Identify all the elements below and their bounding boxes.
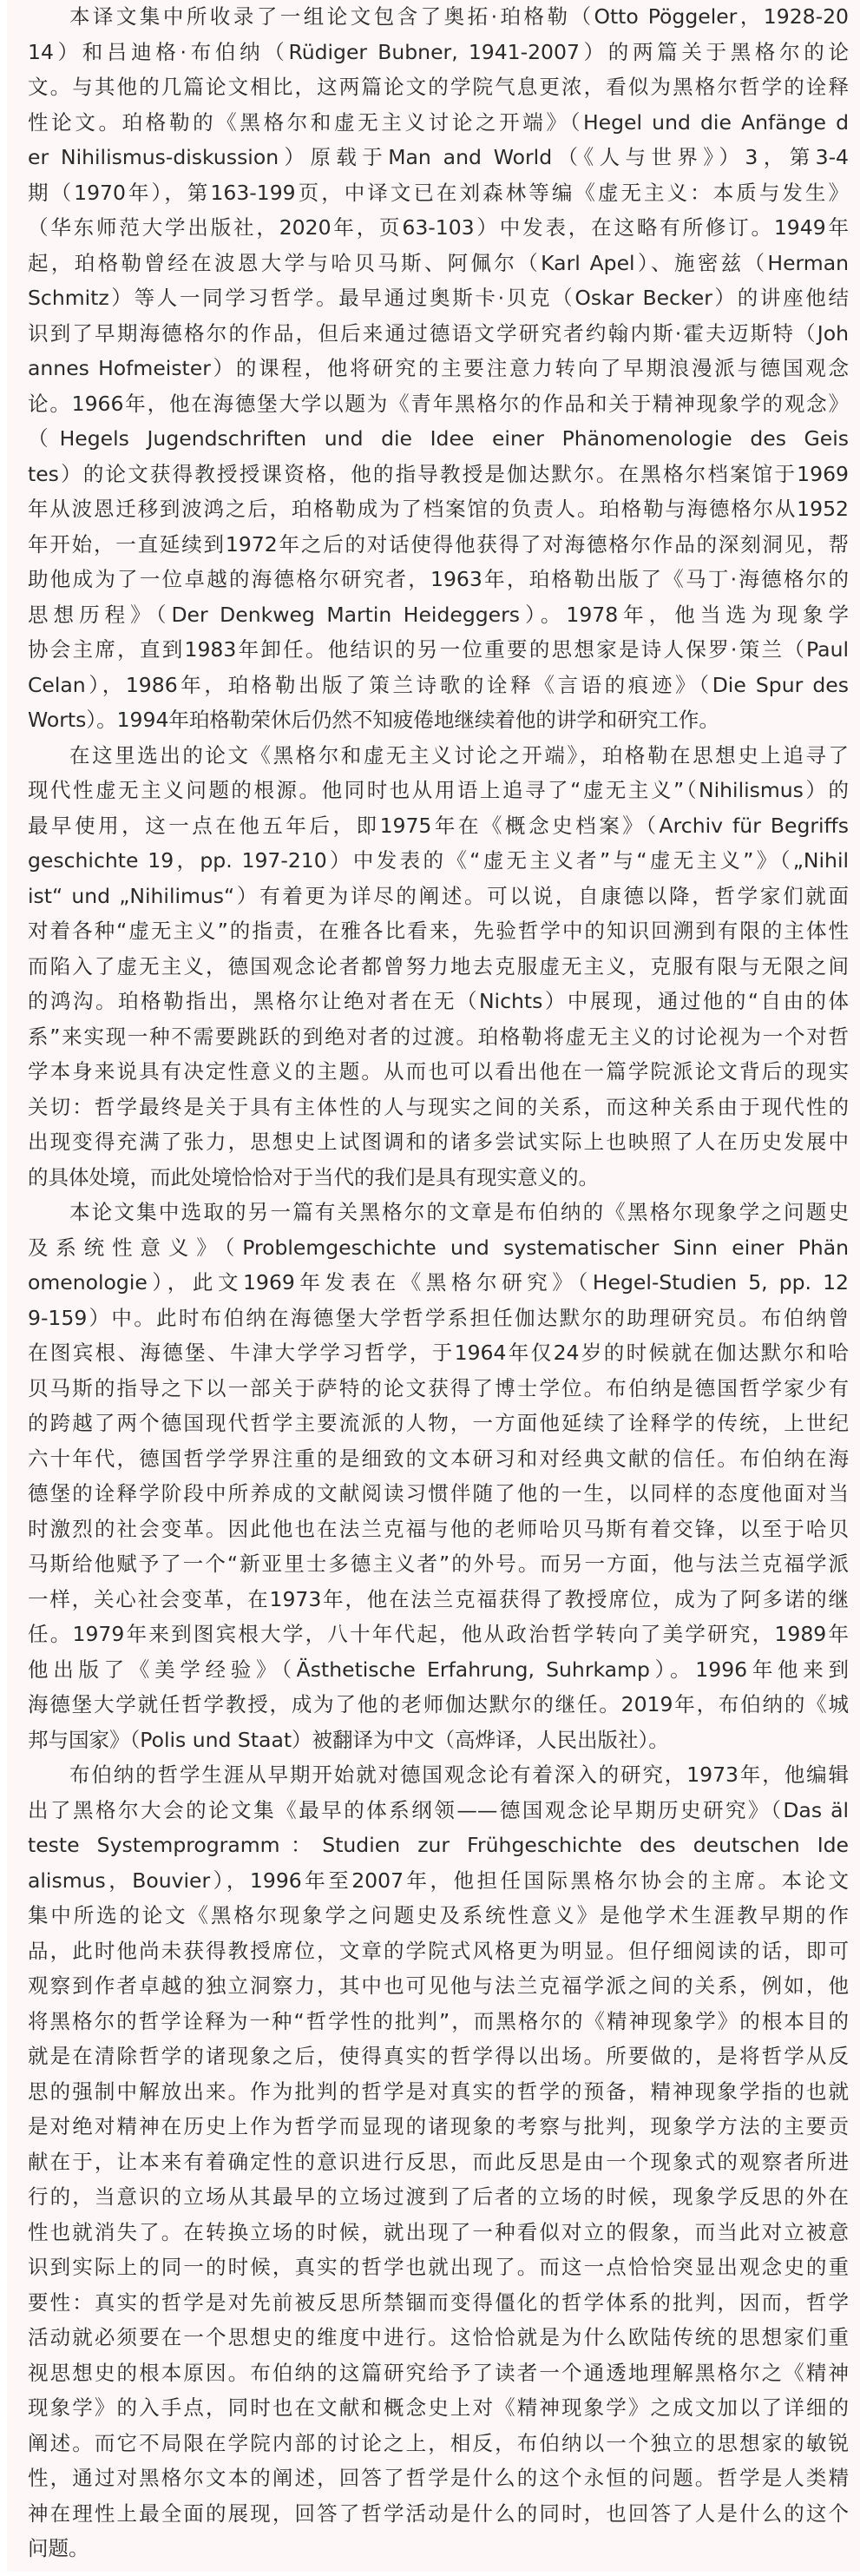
text-line: 布伯纳的哲学生涯从早期开始就对德国观念论有着深入的研究，1973年，他编辑 [28,1757,849,1793]
text-line: 年开始，一直延续到1972年之后的对话使得他获得了对海德格尔作品的深刻洞见，帮 [28,527,849,563]
text-line: 助他成为了一位卓越的海德格尔研究者，1963年，珀格勒出版了《马丁·海德格尔的 [28,562,849,597]
text-line: 时激烈的社会变革。因此他也在法兰克福与他的老师哈贝马斯有着交锋，以至于哈贝 [28,1512,849,1547]
text-line: 献在于，让本来有着确定性的意识进行反思，而此反思是由一个现象式的观察者所进 [28,2144,849,2180]
text-line: 视思想史的根本原因。布伯纳的这篇研究给予了读者一个通透地理解黑格尔之《精神 [28,2355,849,2391]
text-line: 一样，关心社会变革，在1973年，他在法兰克福获得了教授席位，成为了阿多诺的继 [28,1582,849,1617]
text-line: 在这里选出的论文《黑格尔和虚无主义讨论之开端》，珀格勒在思想史上追寻了 [28,738,849,774]
text-line: 思想历程》（Der Denkweg Martin Heideggers）。197… [28,597,849,633]
text-line: 出现变得充满了张力，思想史上试图调和的诸多尝试实际上也映照了人在历史发展中 [28,1124,849,1160]
text-line: 问题。 [28,2531,849,2566]
text-line: er Nihilismus-diskussion）原载于Man and Worl… [28,140,849,175]
text-line: （Hegels Jugendschriften und die Idee ein… [28,421,849,457]
text-line: 本论文集中选取的另一篇有关黑格尔的文章是布伯纳的《黑格尔现象学之问题史 [28,1195,849,1230]
text-line: 关切：哲学最终是关于具有主体性的人与现实之间的关系，而这种关系由于现代性的 [28,1090,849,1125]
text-line: 最早使用，这一点在他五年后，即1975年在《概念史档案》（Archiv für … [28,808,849,844]
text-line: Schmitz）等人一同学习哲学。最早通过奥斯卡·贝克（Oskar Becker… [28,280,849,316]
text-line: 期（1970年），第163-199页，中译文已在刘森林等编《虚无主义：本质与发生… [28,175,849,211]
text-line: Worts）。1994年珀格勒荣休后仍然不知疲倦地继续着他的讲学和研究工作。 [28,702,849,738]
text-line: 集中所选的论文《黑格尔现象学之问题史及系统性意义》是他学术生涯教早期的作 [28,1898,849,1934]
text-line: 及系统性意义》（Problemgeschichte und systematis… [28,1230,849,1266]
text-line: 邦与国家》（Polis und Staat）被翻译为中文（高烨译，人民出版社）。 [28,1723,849,1758]
text-line: 协会主席，直到1983年卸任。他结识的另一位重要的思想家是诗人保罗·策兰（Pau… [28,632,849,668]
text-line: 活动就必须要在一个思想史的维度中进行。这恰恰就是为什么欧陆传统的思想家们重 [28,2320,849,2355]
paragraph-bubner-bio: 本论文集中选取的另一篇有关黑格尔的文章是布伯纳的《黑格尔现象学之问题史及系统性意… [28,1195,849,1757]
text-line: 海德堡大学就任哲学教授，成为了他的老师伽达默尔的继任。2019年，布伯纳的《城 [28,1687,849,1723]
text-line: 是对绝对精神在历史上作为哲学而显现的诸现象的考察与批判，现象学方法的主要贡 [28,2109,849,2144]
text-line: 对着各种“虚无主义”的指责，在雅各比看来，先验哲学中的知识回溯到有限的主体性 [28,913,849,949]
text-line: tes）的论文获得教授授课资格，他的指导教授是伽达默尔。在黑格尔档案馆于1969 [28,457,849,492]
text-line: 性也就消失了。在转换立场的时候，就出现了一种看似对立的假象，而当此对立被意 [28,2215,849,2250]
text-line: 论。1966年，他在海德堡大学以题为《青年黑格尔的作品和关于精神现象学的观念》 [28,386,849,422]
text-line: 出了黑格尔大会的论文集《最早的体系纲领——德国观念论早期历史研究》（Das äl [28,1793,849,1828]
text-line: 性论文。珀格勒的《黑格尔和虚无主义讨论之开端》（Hegel und die An… [28,105,849,141]
text-line: 的鸿沟。珀格勒指出，黑格尔让绝对者在无（Nichts）中展现，通过他的“自由的体 [28,984,849,1019]
text-line: ist“ und „Nihilimus“）有着更为详尽的阐述。可以说，自康德以降… [28,879,849,914]
text-line: 行的，当意识的立场从其最早的立场过渡到了后者的立场的时候，现象学反思的外在 [28,2179,849,2215]
text-line: 在图宾根、海德堡、牛津大学学习哲学，于1964年仅24岁的时候就在伽达默尔和哈 [28,1335,849,1371]
text-line: 文。与其他的几篇论文相比，这两篇论文的学院气息更浓，看似为黑格尔哲学的诠释 [28,69,849,105]
text-line: 而陷入了虚无主义，德国观念论者都曾努力地去克服虚无主义，克服有限与无限之间 [28,949,849,985]
text-line: 的具体处境，而此处境恰恰对于当代的我们是具有现实意义的。 [28,1160,849,1196]
text-line: 9-159）中。此时布伯纳在海德堡大学哲学系担任伽达默尔的助理研究员。布伯纳曾 [28,1301,849,1336]
text-line: 他出版了《美学经验》（Ästhetische Erfahrung, Suhrka… [28,1652,849,1688]
text-line: 神在理性上最全面的展现，回答了哲学活动是什么的同时，也回答了人是什么的这个 [28,2496,849,2532]
text-line: 德堡的诠释学阶段中所养成的文献阅读习惯伴随了他的一生，以同样的态度他面对当 [28,1476,849,1512]
text-line: omenologie），此文1969年发表在《黑格尔研究》（Hegel-Stud… [28,1265,849,1301]
text-line: 性，通过对黑格尔文本的阐述，回答了哲学是什么的这个永恒的问题。哲学是人类精 [28,2461,849,2496]
paragraph-bubner-essay: 布伯纳的哲学生涯从早期开始就对德国观念论有着深入的研究，1973年，他编辑出了黑… [28,1757,849,2566]
article-body: 本译文集中所收录了一组论文包含了奥拓·珀格勒（Otto Pöggeler，192… [28,0,849,2566]
text-line: 观察到作者卓越的独立洞察力，其中也可见他与法兰克福学派之间的关系，例如，他 [28,1968,849,2004]
text-line: 贝马斯的指导之下以一部关于萨特的论文获得了博士学位。布伯纳是德国哲学家少有 [28,1371,849,1407]
text-line: annes Hofmeister）的课程，他将研究的主要注意力转向了早期浪漫派与… [28,351,849,386]
text-line: 现象学》的入手点，同时也在文献和概念史上对《精神现象学》之成文加以了详细的 [28,2390,849,2426]
text-line: 六十年代，德国哲学学界注重的是细致的文本研习和对经典文献的信任。布伯纳在海 [28,1441,849,1477]
text-line: 现代性虚无主义问题的根源。他同时也从用语上追寻了“虚无主义”（Nihilismu… [28,773,849,808]
text-line: 思的强制中解放出来。作为批判的哲学是对真实的哲学的预备，精神现象学指的也就 [28,2074,849,2110]
text-line: 年从波恩迁移到波鸿之后，珀格勒成为了档案馆的负责人。珀格勒与海德格尔从1952 [28,491,849,527]
text-line: 任。1979年来到图宾根大学，八十年代起，他从政治哲学转向了美学研究，1989年 [28,1617,849,1652]
text-line: 起，珀格勒曾经在波恩大学与哈贝马斯、阿佩尔（Karl Apel）、施密兹（Her… [28,246,849,281]
text-line: 系”来实现一种不需要跳跃的到绝对者的过渡。珀格勒将虚无主义的讨论视为一个对哲 [28,1019,849,1055]
text-line: teste Systemprogramm：Studien zur Frühges… [28,1828,849,1863]
text-line: （华东师范大学出版社，2020年，页63-103）中发表，在这略有所修订。194… [28,210,849,246]
text-line: 阐述。而它不局限在学院内部的讨论之上，相反，布伯纳以一个独立的思想家的敏锐 [28,2426,849,2461]
text-line: geschichte 19，pp. 197-210）中发表的《“虚无主义者”与“… [28,843,849,879]
paragraph-nihilism-essay: 在这里选出的论文《黑格尔和虚无主义讨论之开端》，珀格勒在思想史上追寻了现代性虚无… [28,738,849,1196]
text-line: 品，此时他尚未获得教授席位，文章的学院式风格更为明显。但仔细阅读的话，即可 [28,1934,849,1969]
text-line: 就是在清除哲学的诸现象之后，使得真实的哲学得以出场。所要做的，是将哲学从反 [28,2039,849,2074]
text-line: 识到了早期海德格尔的作品，但后来通过德语文学研究者约翰内斯·霍夫迈斯特（Joh [28,316,849,352]
text-line: 14）和吕迪格·布伯纳（Rüdiger Bubner, 1941-2007）的两… [28,35,849,70]
text-line: 学本身来说具有决定性意义的主题。从而也可以看出他在一篇学院派论文背后的现实 [28,1054,849,1090]
text-line: 的跨越了两个德国现代哲学主要流派的人物，一方面他延续了诠释学的传统，上世纪 [28,1406,849,1441]
paragraph-poggeler-bio: 本译文集中所收录了一组论文包含了奥拓·珀格勒（Otto Pöggeler，192… [28,0,849,738]
text-line: 本译文集中所收录了一组论文包含了奥拓·珀格勒（Otto Pöggeler，192… [28,0,849,35]
text-line: 马斯给他赋予了一个“新亚里士多德主义者”的外号。而另一方面，他与法兰克福学派 [28,1546,849,1582]
text-line: alismus，Bouvier），1996年至2007年，他担任国际黑格尔协会的… [28,1863,849,1899]
text-line: 识到实际上的同一的时候，真实的哲学也就出现了。而这一点恰恰突显出观念史的重 [28,2250,849,2285]
text-line: 将黑格尔的哲学诠释为一种“哲学性的批判”，而黑格尔的《精神现象学》的根本目的 [28,2004,849,2039]
page-background: 本译文集中所收录了一组论文包含了奥拓·珀格勒（Otto Pöggeler，192… [7,0,860,2572]
text-line: Celan），1986年，珀格勒出版了策兰诗歌的诠释《言语的痕迹》（Die Sp… [28,668,849,703]
text-line: 要性：真实的哲学是对先前被反思所禁锢而变得僵化的哲学体系的批判，因而，哲学 [28,2285,849,2321]
